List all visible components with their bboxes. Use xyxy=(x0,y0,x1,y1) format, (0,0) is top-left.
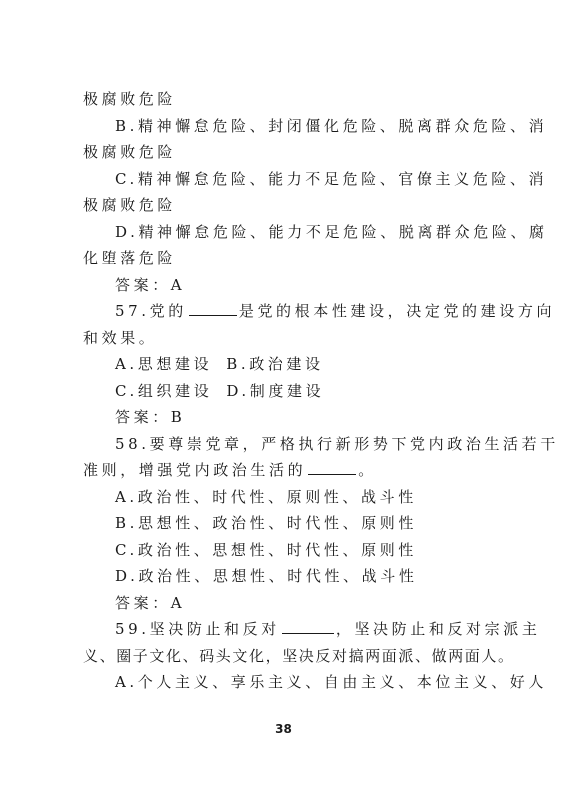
option-d-q57: D.制度建设 xyxy=(226,382,324,400)
option-a-q59: A.个人主义、享乐主义、自由主义、本位主义、好人 xyxy=(83,669,485,696)
option-d-q58: D.政治性、思想性、时代性、战斗性 xyxy=(83,563,485,590)
fill-blank xyxy=(189,299,237,316)
question-59: 59.坚决防止和反对，坚决防止和反对宗派主 xyxy=(83,616,485,643)
text-line: 极腐败危险 xyxy=(83,192,485,219)
question-59-cont: 义、圈子文化、码头文化，坚决反对搞两面派、做两面人。 xyxy=(83,643,485,670)
question-58-suffix: 。 xyxy=(358,461,377,479)
text-line: 化堕落危险 xyxy=(83,245,485,272)
option-c-q58: C.政治性、思想性、时代性、原则性 xyxy=(83,537,485,564)
options-q57-cd: C.组织建设D.制度建设 xyxy=(83,378,485,405)
option-c-q56: C.精神懈怠危险、能力不足危险、官僚主义危险、消 xyxy=(83,166,485,193)
question-57: 57.党的是党的根本性建设，决定党的建设方向 xyxy=(83,298,485,325)
question-58-cont: 准则，增强党内政治生活的。 xyxy=(83,457,485,484)
option-b-q56: B.精神懈怠危险、封闭僵化危险、脱离群众危险、消 xyxy=(83,113,485,140)
option-b-q58: B.思想性、政治性、时代性、原则性 xyxy=(83,510,485,537)
option-a-q57: A.思想建设 xyxy=(115,355,212,373)
question-57-cont: 和效果。 xyxy=(83,325,485,352)
page-number: 38 xyxy=(0,722,567,736)
document-page: 极腐败危险 B.精神懈怠危险、封闭僵化危险、脱离群众危险、消 极腐败危险 C.精… xyxy=(0,0,567,793)
option-c-q57: C.组织建设 xyxy=(115,382,212,400)
fill-blank xyxy=(308,458,356,475)
fill-blank xyxy=(282,617,334,634)
answer-q58: 答案：A xyxy=(83,590,485,617)
question-58-prefix: 准则，增强党内政治生活的 xyxy=(83,461,306,479)
page-content: 极腐败危险 B.精神懈怠危险、封闭僵化危险、脱离群众危险、消 极腐败危险 C.精… xyxy=(83,86,485,696)
option-b-q57: B.政治建设 xyxy=(226,355,323,373)
question-59-suffix: ，坚决防止和反对宗派主 xyxy=(336,620,541,638)
text-line: 极腐败危险 xyxy=(83,86,485,113)
question-59-prefix: 59.坚决防止和反对 xyxy=(115,620,280,638)
question-57-prefix: 57.党的 xyxy=(115,302,187,320)
option-a-q58: A.政治性、时代性、原则性、战斗性 xyxy=(83,484,485,511)
text-line: 极腐败危险 xyxy=(83,139,485,166)
options-q57-ab: A.思想建设B.政治建设 xyxy=(83,351,485,378)
option-d-q56: D.精神懈怠危险、能力不足危险、脱离群众危险、腐 xyxy=(83,219,485,246)
question-57-suffix: 是党的根本性建设，决定党的建设方向 xyxy=(239,302,555,320)
answer-q56: 答案：A xyxy=(83,272,485,299)
answer-q57: 答案：B xyxy=(83,404,485,431)
question-58: 58.要尊崇党章，严格执行新形势下党内政治生活若干 xyxy=(83,431,485,458)
